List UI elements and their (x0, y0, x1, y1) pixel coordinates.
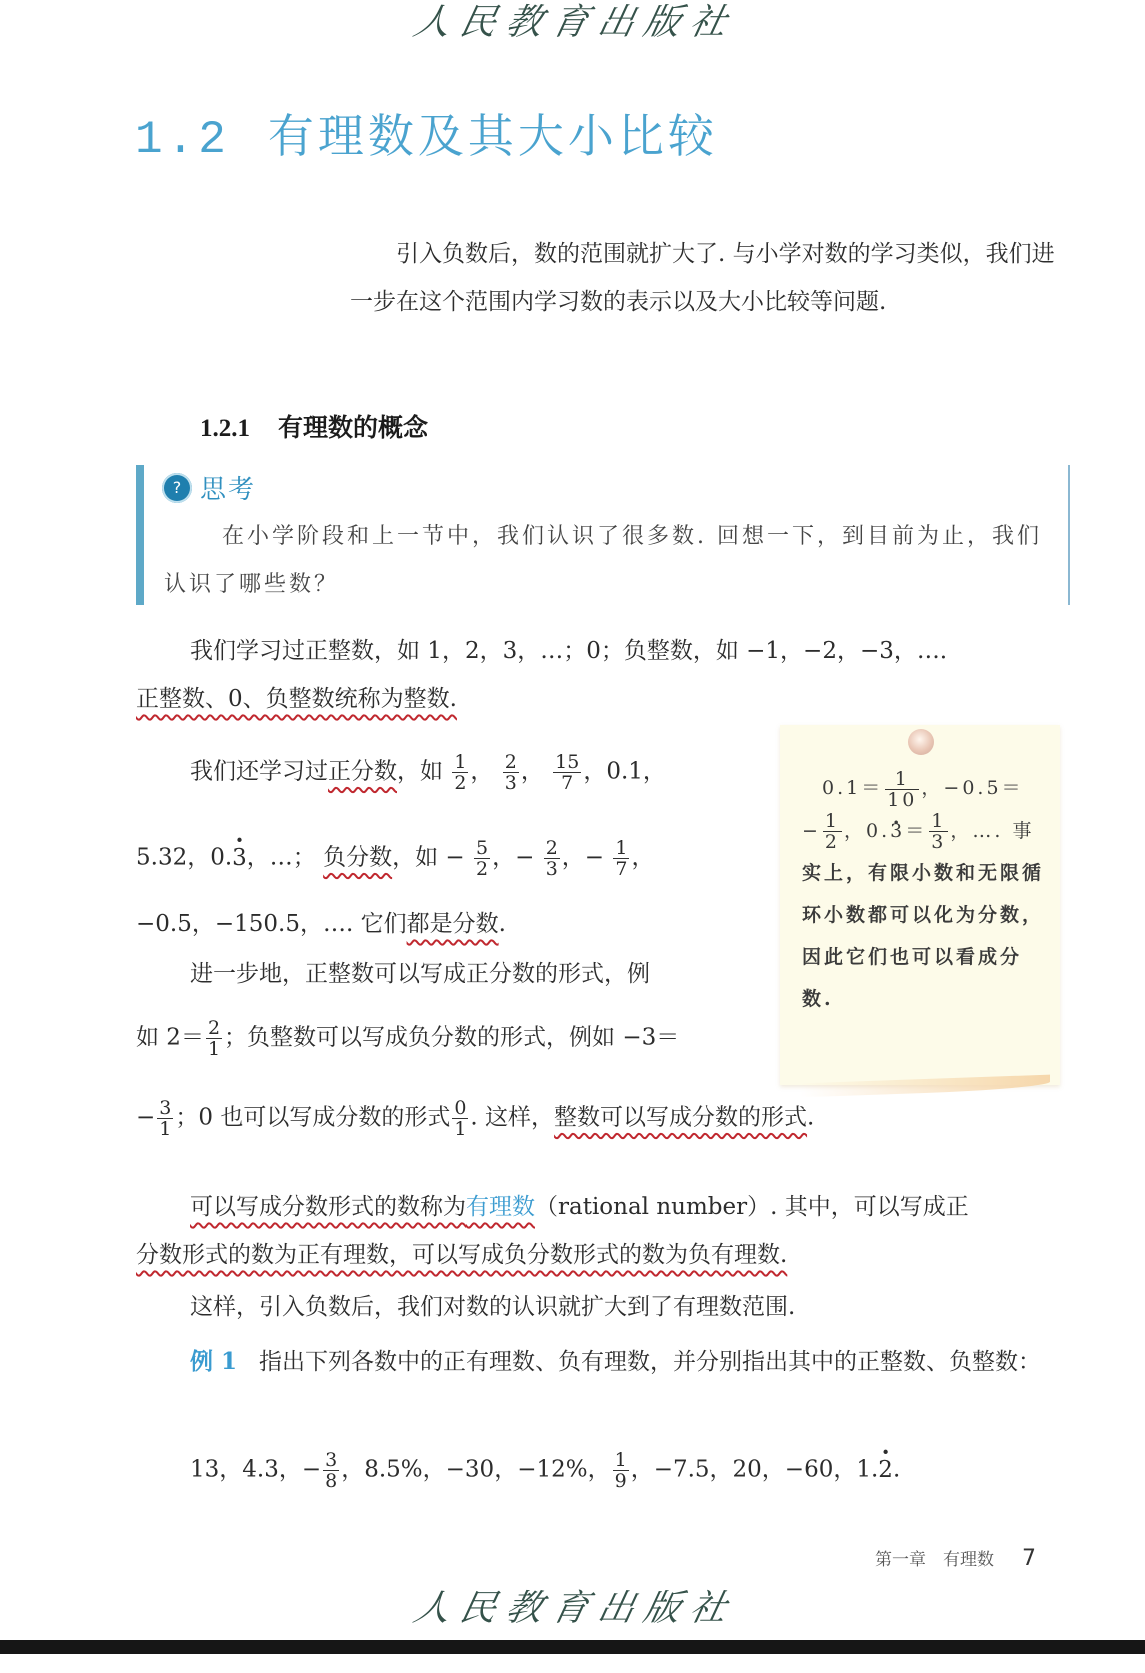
annotation-underline: 正整数、0、负整数统称为整数. (136, 686, 457, 712)
fraction: 52 (474, 838, 490, 879)
text: . (807, 1105, 814, 1131)
fraction: 12 (452, 752, 468, 793)
term-positive-fraction: 正分数 (328, 759, 397, 785)
annotation-underline: 分数形式的数为正有理数，可以写成负分数形式的数为负有理数. (136, 1242, 787, 1268)
fraction: 21 (206, 1018, 222, 1059)
conversion-line-2: 如 2＝21；负整数可以写成负分数的形式，例如 −3＝ (136, 1018, 679, 1059)
pushpin-icon (908, 729, 934, 755)
integers-line-2: 正整数、0、负整数统称为整数. (136, 680, 457, 713)
fraction: 17 (613, 838, 629, 879)
text: 5.32，0. (136, 845, 232, 871)
example-1: 例 1指出下列各数中的正有理数、负有理数，并分别指出其中的正整数、负整数： (190, 1338, 1080, 1386)
conversion-line-1: 进一步地，正整数可以写成正分数的形式，例 (190, 955, 650, 988)
page-footer: 第一章 有理数7 (875, 1545, 1036, 1571)
fraction: 01 (452, 1098, 468, 1139)
text: −0.5，−150.5，…. 它们 (136, 911, 407, 937)
fractions-line-1: 我们还学习过正分数，如 12， 23， 157，0.1， (190, 752, 666, 793)
text: . 这样， (470, 1105, 554, 1131)
note-line-1: 0.1＝110，−0.5＝ (802, 767, 1052, 810)
text: ，如 (397, 759, 443, 785)
text: ；0 也可以写成分数的形式 (175, 1105, 450, 1131)
text: 如 2＝ (136, 1025, 204, 1051)
integers-line-1: 我们学习过正整数，如 1，2，3，…；0；负整数，如 −1，−2，−3，…． (190, 632, 963, 665)
term-rational-number: 有理数 (466, 1194, 535, 1220)
note-line-2: −12，0.3＝13，…. 事 (802, 810, 1052, 853)
fraction: 157 (553, 752, 581, 793)
section-title-text: 有理数及其大小比较 (268, 109, 718, 163)
subsection-title: 有理数的概念 (278, 413, 428, 442)
fraction: 31 (157, 1098, 173, 1139)
text: （rational number）. 其中，可以写成正 (535, 1194, 969, 1220)
subsection-heading: 1.2.1有理数的概念 (200, 408, 428, 444)
intro-paragraph: 引入负数后，数的范围就扩大了. 与小学对数的学习类似，我们进一步在这个范围内学习… (350, 230, 1070, 326)
thinking-head-icon: ? (162, 473, 192, 503)
text: ，…； (247, 845, 316, 871)
side-note-text: 0.1＝110，−0.5＝ −12，0.3＝13，…. 事 实上，有限小数和无限… (802, 767, 1052, 1020)
definition-line-2: 分数形式的数为正有理数，可以写成负分数形式的数为负有理数. (136, 1236, 787, 1269)
fraction: 23 (503, 752, 519, 793)
section-title: 1.2有理数及其大小比较 (135, 100, 718, 166)
text: 我们还学习过 (190, 759, 328, 785)
fractions-line-3: −0.5，−150.5，…. 它们都是分数. (136, 905, 506, 938)
fraction: 23 (544, 838, 560, 879)
chapter-label: 第一章 有理数 (875, 1550, 994, 1570)
page-separator (0, 1640, 1145, 1654)
intro-text: 引入负数后，数的范围就扩大了. 与小学对数的学习类似，我们进一步在这个范围内学习… (350, 230, 1070, 326)
annotation-underline: 都是分数 (407, 911, 499, 937)
subsection-number: 1.2.1 (200, 415, 250, 442)
text: ；负整数可以写成负分数的形式，例如 −3＝ (224, 1025, 679, 1051)
publisher-watermark-top: 人民教育出版社 (410, 0, 743, 45)
publisher-watermark-bottom: 人民教育出版社 (410, 1580, 743, 1631)
think-text: 在小学阶段和上一节中，我们认识了很多数. 回想一下，到目前为止，我们认识了哪些数… (164, 513, 1044, 609)
side-note-card: 0.1＝110，−0.5＝ −12，0.3＝13，…. 事 实上，有限小数和无限… (780, 725, 1060, 1085)
note-line-rest: 实上，有限小数和无限循环小数都可以化为分数，因此它们也可以看成分数. (802, 852, 1052, 1020)
repeating-digit: 3 (232, 845, 247, 871)
summary-line: 这样，引入负数后，我们对数的认识就扩大到了有理数范围. (190, 1288, 795, 1321)
annotation-underline: 整数可以写成分数的形式 (554, 1105, 807, 1131)
text: ，如 − (392, 845, 465, 871)
page-number: 7 (1022, 1546, 1036, 1571)
text: . (499, 911, 506, 937)
definition-line-1: 可以写成分数形式的数称为有理数（rational number）. 其中，可以写… (190, 1188, 969, 1221)
conversion-line-3: −31；0 也可以写成分数的形式01. 这样，整数可以写成分数的形式. (136, 1098, 814, 1139)
think-header: ? 思考 (162, 469, 256, 506)
think-question: 在小学阶段和上一节中，我们认识了很多数. 回想一下，到目前为止，我们认识了哪些数… (164, 513, 1044, 609)
text: ，0.1， (583, 759, 666, 785)
example-label: 例 1 (190, 1348, 237, 1375)
example-prompt: 指出下列各数中的正有理数、负有理数，并分别指出其中的正整数、负整数： (259, 1349, 1041, 1375)
term-negative-fraction: 负分数 (323, 845, 392, 871)
fractions-line-2: 5.32，0.3，…； 负分数，如 − 52，− 23，− 17， (136, 838, 654, 879)
section-number: 1.2 (135, 114, 230, 166)
example-numbers: 13，4.3，−38，8.5%，−30，−12%，19，−7.5，20，−60，… (190, 1450, 900, 1491)
think-title: 思考 (200, 469, 256, 506)
annotation-underline: 可以写成分数形式的数称为有理数 (190, 1194, 535, 1220)
think-box: ? 思考 在小学阶段和上一节中，我们认识了很多数. 回想一下，到目前为止，我们认… (136, 465, 1070, 605)
